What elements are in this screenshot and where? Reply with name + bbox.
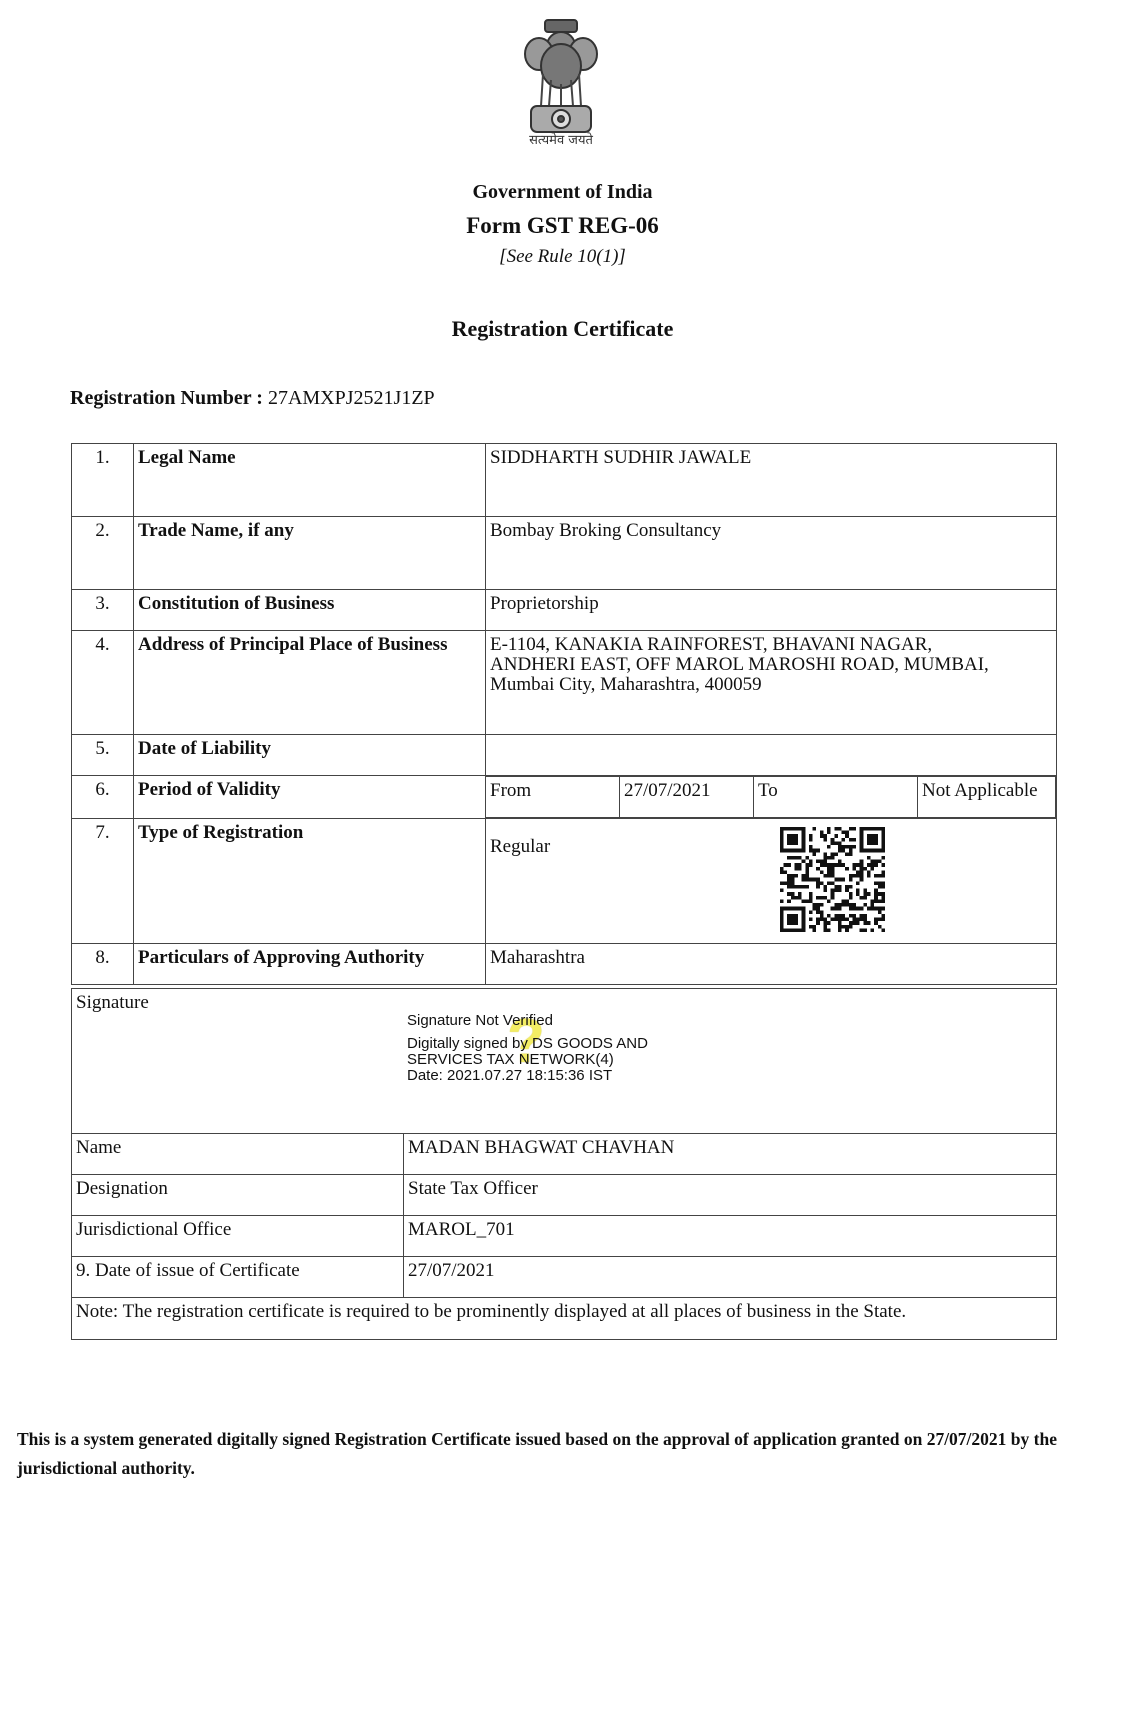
row-number: 1. [72, 444, 134, 517]
registration-number: Registration Number : 27AMXPJ2521J1ZP [70, 387, 435, 410]
row-number: 4. [72, 631, 134, 735]
table-row: 2. Trade Name, if any Bombay Broking Con… [72, 517, 1057, 590]
row-label: Address of Principal Place of Business [134, 631, 486, 735]
jurisdictional-office-value: MAROL_701 [404, 1216, 1057, 1257]
officer-name-label: Name [72, 1134, 404, 1175]
row-label: Particulars of Approving Authority [134, 944, 486, 985]
officer-name-value: MADAN BHAGWAT CHAVHAN [404, 1134, 1057, 1175]
row-label: Trade Name, if any [134, 517, 486, 590]
ashoka-emblem-icon [515, 14, 607, 146]
signature-table: Signature ? Signature Not Verified Digit… [71, 988, 1057, 1340]
to-date: Not Applicable [918, 777, 1056, 818]
row-label: Type of Registration [134, 819, 486, 944]
address-line: ANDHERI EAST, OFF MAROL MAROSHI ROAD, MU… [490, 655, 1052, 675]
registration-details-table: 1. Legal Name SIDDHARTH SUDHIR JAWALE 2.… [71, 443, 1057, 985]
address-line: Mumbai City, Maharashtra, 400059 [490, 675, 1052, 695]
address-value: E-1104, KANAKIA RAINFOREST, BHAVANI NAGA… [486, 631, 1057, 735]
row-number: 3. [72, 590, 134, 631]
digital-signature-block[interactable]: Signature Not Verified Digitally signed … [407, 1013, 648, 1084]
jurisdictional-office-label: Jurisdictional Office [72, 1216, 404, 1257]
trade-name-value: Bombay Broking Consultancy [486, 517, 1057, 590]
designation-label: Designation [72, 1175, 404, 1216]
registration-number-value: 27AMXPJ2521J1ZP [268, 387, 435, 409]
table-row: 8. Particulars of Approving Authority Ma… [72, 944, 1057, 985]
to-label: To [754, 777, 918, 818]
date-of-liability-value [486, 735, 1057, 776]
table-row: Designation State Tax Officer [72, 1175, 1057, 1216]
signed-by-line: Digitally signed by DS GOODS AND [407, 1036, 648, 1052]
table-row: Name MADAN BHAGWAT CHAVHAN [72, 1134, 1057, 1175]
row-number: 2. [72, 517, 134, 590]
system-generated-footer: This is a system generated digitally sig… [17, 1425, 1117, 1483]
row-label: Constitution of Business [134, 590, 486, 631]
row-number: 6. [72, 776, 134, 819]
table-row: 7. Type of Registration Regular [72, 819, 1057, 944]
issue-date-label: 9. Date of issue of Certificate [72, 1257, 404, 1298]
table-row: 9. Date of issue of Certificate 27/07/20… [72, 1257, 1057, 1298]
table-row: Note: The registration certificate is re… [72, 1298, 1057, 1340]
display-note: Note: The registration certificate is re… [72, 1298, 1057, 1340]
signature-label: Signature [76, 992, 149, 1013]
approving-authority-value: Maharashtra [486, 944, 1057, 985]
signed-by-line: SERVICES TAX NETWORK(4) [407, 1052, 648, 1068]
certificate-title: Registration Certificate [0, 316, 1125, 342]
row-label: Date of Liability [134, 735, 486, 776]
designation-value: State Tax Officer [404, 1175, 1057, 1216]
signature-status: Signature Not Verified [407, 1013, 648, 1029]
rule-reference: [See Rule 10(1)] [0, 246, 1125, 268]
table-row: 6. Period of Validity From 27/07/2021 To… [72, 776, 1057, 819]
signature-cell: Signature ? Signature Not Verified Digit… [72, 989, 1057, 1134]
registration-type-value: Regular [486, 819, 1057, 944]
table-row: 5. Date of Liability [72, 735, 1057, 776]
constitution-value: Proprietorship [486, 590, 1057, 631]
table-row: Jurisdictional Office MAROL_701 [72, 1216, 1057, 1257]
government-heading: Government of India [0, 181, 1125, 204]
emblem-motto: सत्यमेव जयते [505, 130, 617, 148]
period-of-validity: From 27/07/2021 To Not Applicable [486, 776, 1057, 819]
registration-type: Regular [490, 837, 1052, 857]
address-line: E-1104, KANAKIA RAINFOREST, BHAVANI NAGA… [490, 635, 1052, 655]
table-row: 4. Address of Principal Place of Busines… [72, 631, 1057, 735]
table-row: 1. Legal Name SIDDHARTH SUDHIR JAWALE [72, 444, 1057, 517]
registration-number-label: Registration Number : [70, 387, 263, 409]
row-label: Legal Name [134, 444, 486, 517]
row-number: 7. [72, 819, 134, 944]
form-title: Form GST REG-06 [0, 213, 1125, 239]
qr-code-icon [780, 827, 885, 932]
row-number: 5. [72, 735, 134, 776]
table-row: 3. Constitution of Business Proprietorsh… [72, 590, 1057, 631]
row-number: 8. [72, 944, 134, 985]
signature-date: Date: 2021.07.27 18:15:36 IST [407, 1068, 648, 1084]
legal-name-value: SIDDHARTH SUDHIR JAWALE [486, 444, 1057, 517]
from-label: From [486, 777, 620, 818]
from-date: 27/07/2021 [620, 777, 754, 818]
issue-date-value: 27/07/2021 [404, 1257, 1057, 1298]
row-label: Period of Validity [134, 776, 486, 819]
